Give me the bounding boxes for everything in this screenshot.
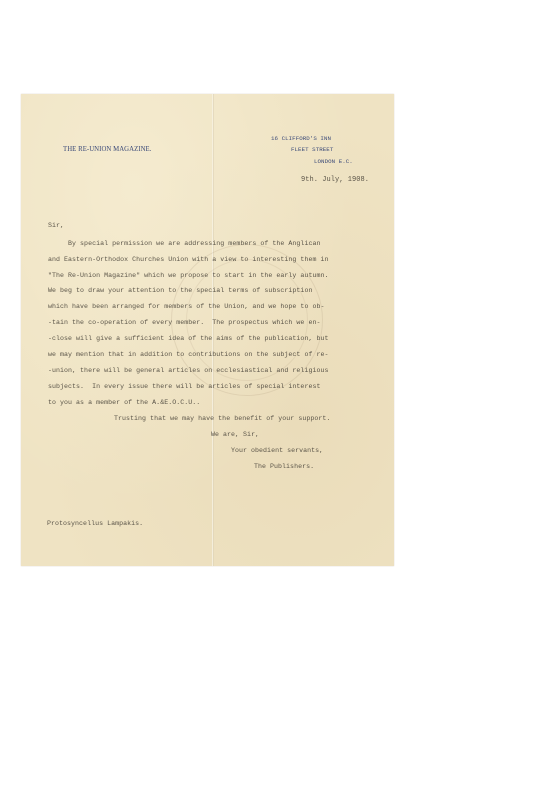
closing-servants: Your obedient servants, <box>231 447 323 454</box>
closing-trusting: Trusting that we may have the benefit of… <box>114 415 330 422</box>
salutation: Sir, <box>48 222 64 229</box>
signature: The Publishers. <box>254 463 314 470</box>
letterhead-title: THE RE-UNION MAGAZINE. <box>63 146 152 153</box>
body-line: -tain the co-operation of every member. … <box>48 319 320 326</box>
body-line: "The Re-Union Magazine" which we propose… <box>48 272 328 279</box>
body-line: and Eastern-Orthodox Churches Union with… <box>48 256 328 263</box>
recipient-name: Protosyncellus Lampakis. <box>47 520 143 527</box>
body-line: By special permission we are addressing … <box>48 240 320 247</box>
letter-page: THE RE-UNION MAGAZINE. 16 CLIFFORD'S INN… <box>21 94 394 566</box>
address-line-1: 16 CLIFFORD'S INN <box>271 135 331 142</box>
body-line: we may mention that in addition to contr… <box>48 351 328 358</box>
body-line: -union, there will be general articles o… <box>48 367 328 374</box>
body-line: which have been arranged for members of … <box>48 303 324 310</box>
body-line: subjects. In every issue there will be a… <box>48 383 320 390</box>
closing-we-are: We are, Sir, <box>211 431 259 438</box>
body-line: -close will give a sufficient idea of th… <box>48 335 328 342</box>
address-line-3: LONDON E.C. <box>314 158 353 165</box>
address-line-2: FLEET STREET <box>291 146 333 153</box>
body-line: We beg to draw your attention to the spe… <box>48 287 312 294</box>
body-line: to you as a member of the A.&E.O.C.U.. <box>48 399 200 406</box>
letter-date: 9th. July, 1908. <box>301 176 369 184</box>
